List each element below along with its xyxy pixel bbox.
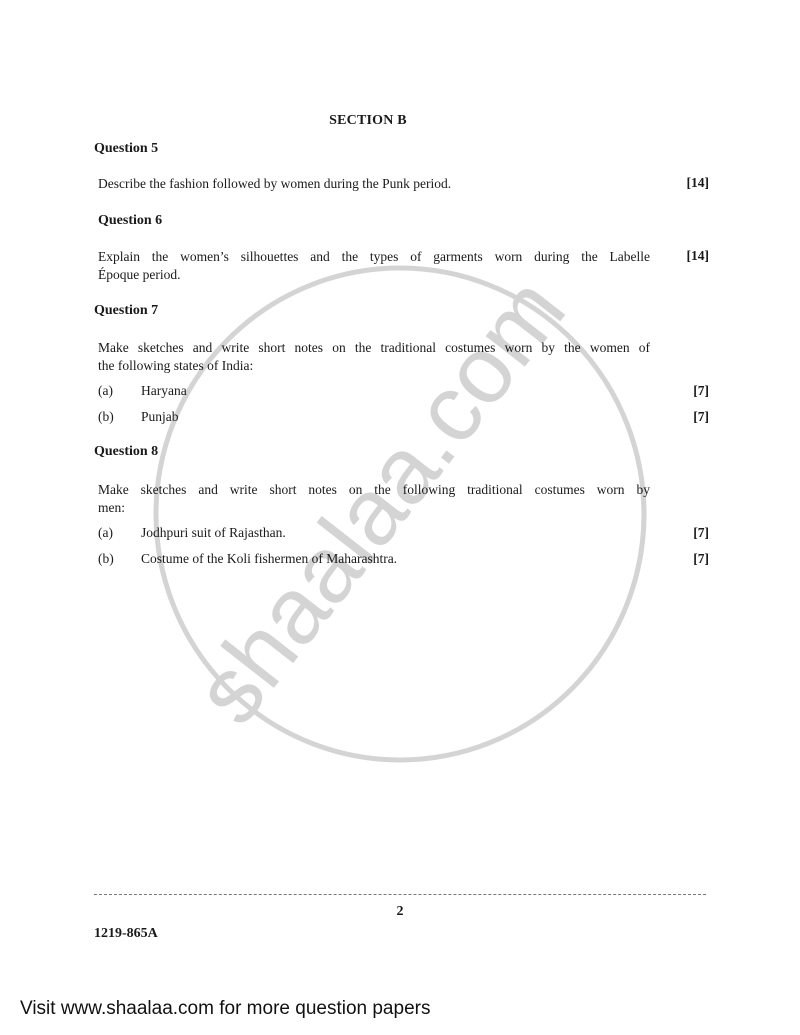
- question-7b-marks: [7]: [693, 409, 709, 425]
- question-8-text-line2: men:: [98, 499, 650, 517]
- question-5-marks: [14]: [687, 175, 710, 191]
- page-number: 2: [0, 904, 800, 920]
- question-7-text-line1: Make sketches and write short notes on t…: [98, 339, 650, 357]
- question-6-marks: [14]: [687, 248, 710, 264]
- paper-code: 1219-865A: [94, 926, 158, 942]
- question-8b-text: Costume of the Koli fishermen of Maharas…: [141, 551, 397, 567]
- question-8-text-line1: Make sketches and write short notes on t…: [98, 481, 650, 499]
- question-6-text-line2: Époque period.: [98, 266, 650, 284]
- question-7-heading: Question 7: [94, 303, 158, 319]
- question-7-text-line2: the following states of India:: [98, 357, 650, 375]
- question-8b-label: (b): [98, 551, 114, 567]
- question-7b-text: Punjab: [141, 409, 179, 425]
- visit-note: Visit www.shaalaa.com for more question …: [20, 998, 430, 1020]
- question-8a-marks: [7]: [693, 525, 709, 541]
- question-6-text-line1: Explain the women’s silhouettes and the …: [98, 248, 650, 266]
- section-title: SECTION B: [0, 113, 736, 129]
- question-8b-marks: [7]: [693, 551, 709, 567]
- question-7a-label: (a): [98, 383, 113, 399]
- question-8a-label: (a): [98, 525, 113, 541]
- question-5-heading: Question 5: [94, 141, 158, 157]
- question-7a-text: Haryana: [141, 383, 187, 399]
- question-8a-text: Jodhpuri suit of Rajasthan.: [141, 525, 286, 541]
- question-6-heading: Question 6: [98, 213, 162, 229]
- question-8-heading: Question 8: [94, 444, 158, 460]
- question-7b-label: (b): [98, 409, 114, 425]
- footer-divider: [94, 894, 706, 895]
- question-5-text: Describe the fashion followed by women d…: [98, 175, 650, 193]
- question-7a-marks: [7]: [693, 383, 709, 399]
